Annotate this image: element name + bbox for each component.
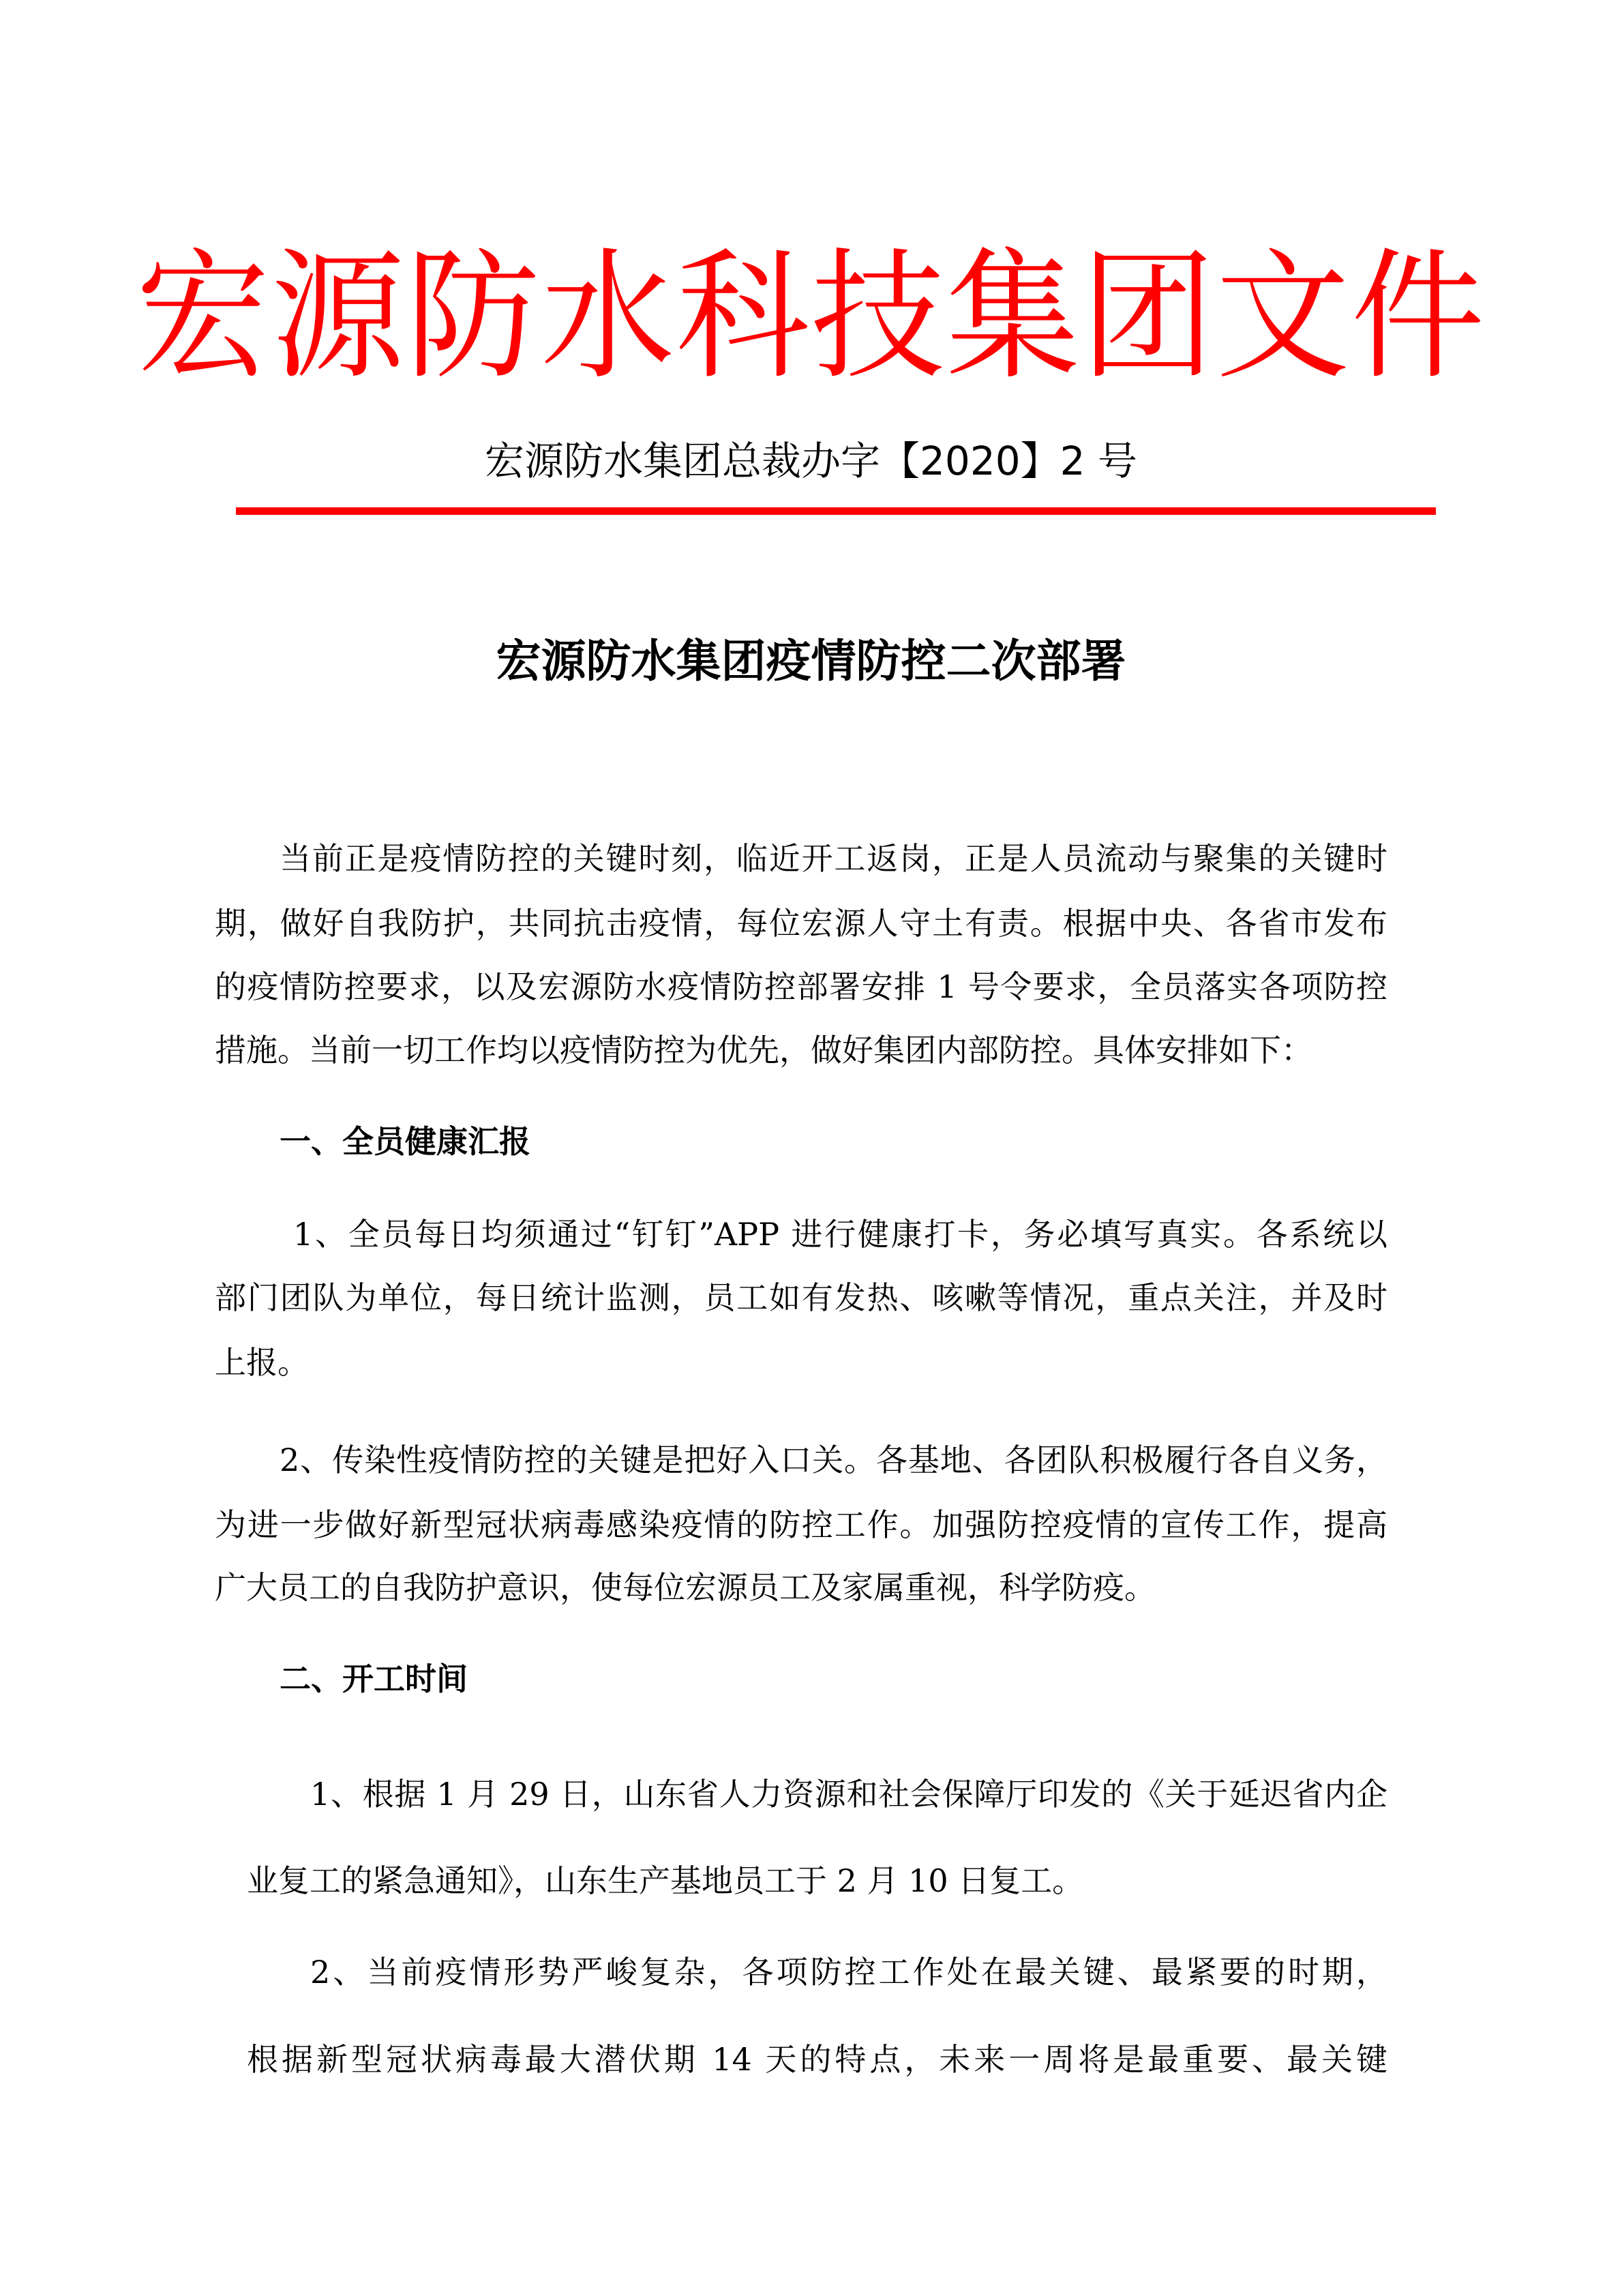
section-heading-work-resumption: 二、开工时间: [280, 1658, 468, 1699]
red-divider-rule: [236, 507, 1436, 515]
s2-p2-line-2: 根据新型冠状病毒最大潜伏期 14 天的特点，未来一周将是最重要、最关键: [247, 2039, 1387, 2080]
s1-p1-line-1: 1、全员每日均须通过“钉钉”APP 进行健康打卡，务必填写真实。各系统以: [293, 1214, 1387, 1255]
intro-line-3: 的疫情防控要求，以及宏源防水疫情防控部署安排 1 号令要求，全员落实各项防控: [215, 966, 1387, 1007]
intro-line-4: 措施。当前一切工作均以疫情防控为优先，做好集团内部防控。具体安排如下：: [215, 1030, 1387, 1071]
intro-line-1: 当前正是疫情防控的关键时刻，临近开工返岗，正是人员流动与聚集的关键时: [280, 838, 1387, 879]
s1-p2-line-1: 2、传染性疫情防控的关键是把好入口关。各基地、各团队积极履行各自义务，: [280, 1440, 1387, 1480]
s1-p1-line-2: 部门团队为单位，每日统计监测，员工如有发热、咳嗽等情况，重点关注，并及时: [215, 1277, 1387, 1318]
intro-line-2: 期，做好自我防护，共同抗击疫情，每位宏源人守土有责。根据中央、各省市发布: [215, 903, 1387, 944]
s1-p1-line-3: 上报。: [215, 1342, 1387, 1383]
section-heading-health-report: 一、全员健康汇报: [280, 1121, 530, 1162]
s1-p2-line-2: 为进一步做好新型冠状病毒感染疫情的防控工作。加强防控疫情的宣传工作，提高: [215, 1504, 1387, 1545]
s1-p2-line-3: 广大员工的自我防护意识，使每位宏源员工及家属重视，科学防疫。: [215, 1567, 1387, 1608]
document-heading: 宏源防水集团疫情防控二次部署: [0, 631, 1622, 692]
s2-p2-line-1: 2、当前疫情形势严峻复杂，各项防控工作处在最关键、最紧要的时期，: [310, 1952, 1387, 1993]
org-document-title: 宏源防水科技集团文件: [0, 231, 1622, 403]
document-number: 宏源防水集团总裁办字【2020】2 号: [0, 434, 1622, 488]
s2-p1-line-1: 1、根据 1 月 29 日，山东省人力资源和社会保障厅印发的《关于延迟省内企: [310, 1774, 1387, 1815]
s2-p1-line-2: 业复工的紧急通知》，山东生产基地员工于 2 月 10 日复工。: [247, 1860, 1420, 1901]
